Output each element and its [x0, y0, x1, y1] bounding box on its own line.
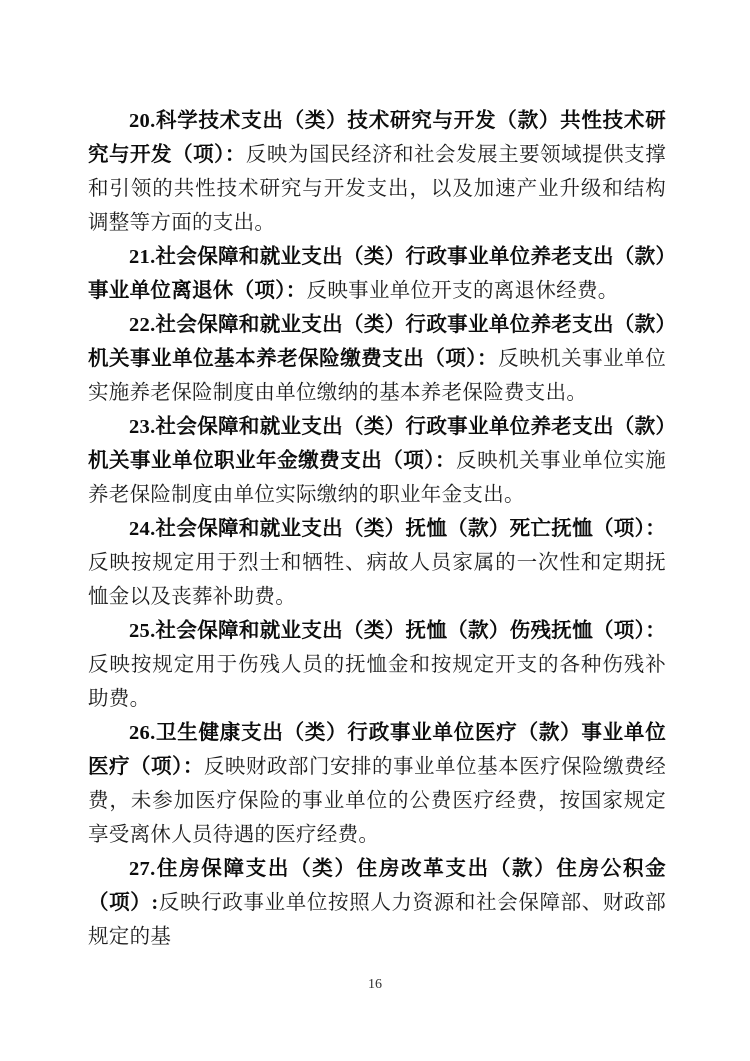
budget-item-paragraph-23: 23.社会保障和就业支出（类）行政事业单位养老支出（款）机关事业单位职业年金缴费… — [88, 410, 666, 512]
budget-item-heading: 24.社会保障和就业支出（类）抚恤（款）死亡抚恤（项）： — [129, 518, 666, 540]
document-page: 20.科学技术支出（类）技术研究与开发（款）共性技术研究与开发（项）：反映为国民… — [0, 0, 750, 1061]
budget-item-heading: 25.社会保障和就业支出（类）抚恤（款）伤残抚恤（项）： — [129, 620, 666, 642]
budget-item-paragraph-24: 24.社会保障和就业支出（类）抚恤（款）死亡抚恤（项）：反映按规定用于烈士和牺牲… — [88, 512, 666, 614]
budget-item-description: 反映按规定用于烈士和牺牲、病故人员家属的一次性和定期抚恤金以及丧葬补助费。 — [88, 552, 666, 608]
budget-item-description: 反映按规定用于伤残人员的抚恤金和按规定开支的各种伤残补助费。 — [88, 654, 666, 710]
budget-item-paragraph-22: 22.社会保障和就业支出（类）行政事业单位养老支出（款）机关事业单位基本养老保险… — [88, 308, 666, 410]
budget-item-description: 反映事业单位开支的离退休经费。 — [307, 280, 619, 302]
budget-item-paragraph-21: 21.社会保障和就业支出（类）行政事业单位养老支出（款）事业单位离退休（项）：反… — [88, 240, 666, 308]
budget-item-paragraph-27: 27.住房保障支出（类）住房改革支出（款）住房公积金（项）:反映行政事业单位按照… — [88, 852, 666, 954]
budget-item-paragraph-26: 26.卫生健康支出（类）行政事业单位医疗（款）事业单位医疗（项）：反映财政部门安… — [88, 716, 666, 852]
paragraph-list: 20.科学技术支出（类）技术研究与开发（款）共性技术研究与开发（项）：反映为国民… — [88, 104, 666, 954]
page-footer: 16 — [0, 975, 750, 993]
budget-item-description: 反映行政事业单位按照人力资源和社会保障部、财政部规定的基 — [88, 892, 666, 948]
page-number: 16 — [368, 977, 382, 992]
budget-item-paragraph-25: 25.社会保障和就业支出（类）抚恤（款）伤残抚恤（项）：反映按规定用于伤残人员的… — [88, 614, 666, 716]
document-body: 20.科学技术支出（类）技术研究与开发（款）共性技术研究与开发（项）：反映为国民… — [88, 104, 666, 954]
budget-item-paragraph-20: 20.科学技术支出（类）技术研究与开发（款）共性技术研究与开发（项）：反映为国民… — [88, 104, 666, 240]
